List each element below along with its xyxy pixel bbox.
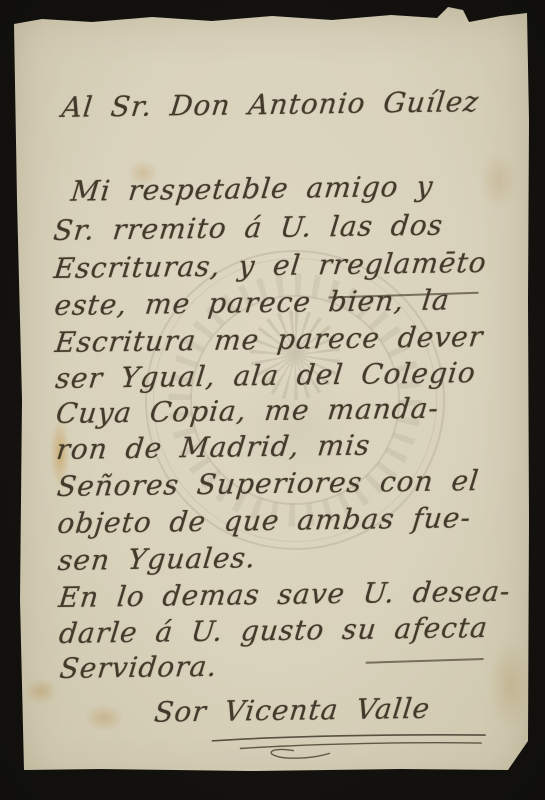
letter-line: Cuya Copia, me manda- bbox=[54, 392, 440, 430]
word-underline bbox=[366, 658, 484, 664]
letter-line: sen Yguales. bbox=[56, 541, 257, 577]
letter-text: Al Sr. Don Antonio Guílez Mi respetable … bbox=[0, 0, 545, 800]
letter-line: este, me parece bien, la bbox=[53, 283, 452, 322]
signature: Sor Vicenta Valle bbox=[153, 692, 433, 729]
letter-line: darle á U. gusto su afecta bbox=[57, 611, 489, 650]
scanner-background: Al Sr. Don Antonio Guílez Mi respetable … bbox=[0, 0, 545, 800]
signature-flourish bbox=[210, 729, 490, 763]
letter-line: Escrituras, y el rreglamēto bbox=[52, 246, 488, 285]
letter-paper: Al Sr. Don Antonio Guílez Mi respetable … bbox=[0, 0, 545, 800]
letter-line: ser Ygual, ala del Colegio bbox=[54, 356, 478, 395]
letter-line: En lo demas save U. desea- bbox=[57, 575, 512, 614]
letter-line: Escritura me parece dever bbox=[53, 320, 485, 359]
letter-line: Servidora. bbox=[58, 650, 219, 685]
letter-line: Mi respetable amigo y bbox=[69, 170, 435, 208]
letter-line: ron de Madrid, mis bbox=[55, 429, 372, 466]
letter-line: Señores Superiores con el bbox=[55, 464, 481, 503]
recipient-line: Al Sr. Don Antonio Guílez bbox=[60, 85, 481, 124]
letter-line: objeto de que ambas fue- bbox=[56, 501, 473, 540]
letter-line: Sr. rremito á U. las dos bbox=[52, 209, 445, 247]
